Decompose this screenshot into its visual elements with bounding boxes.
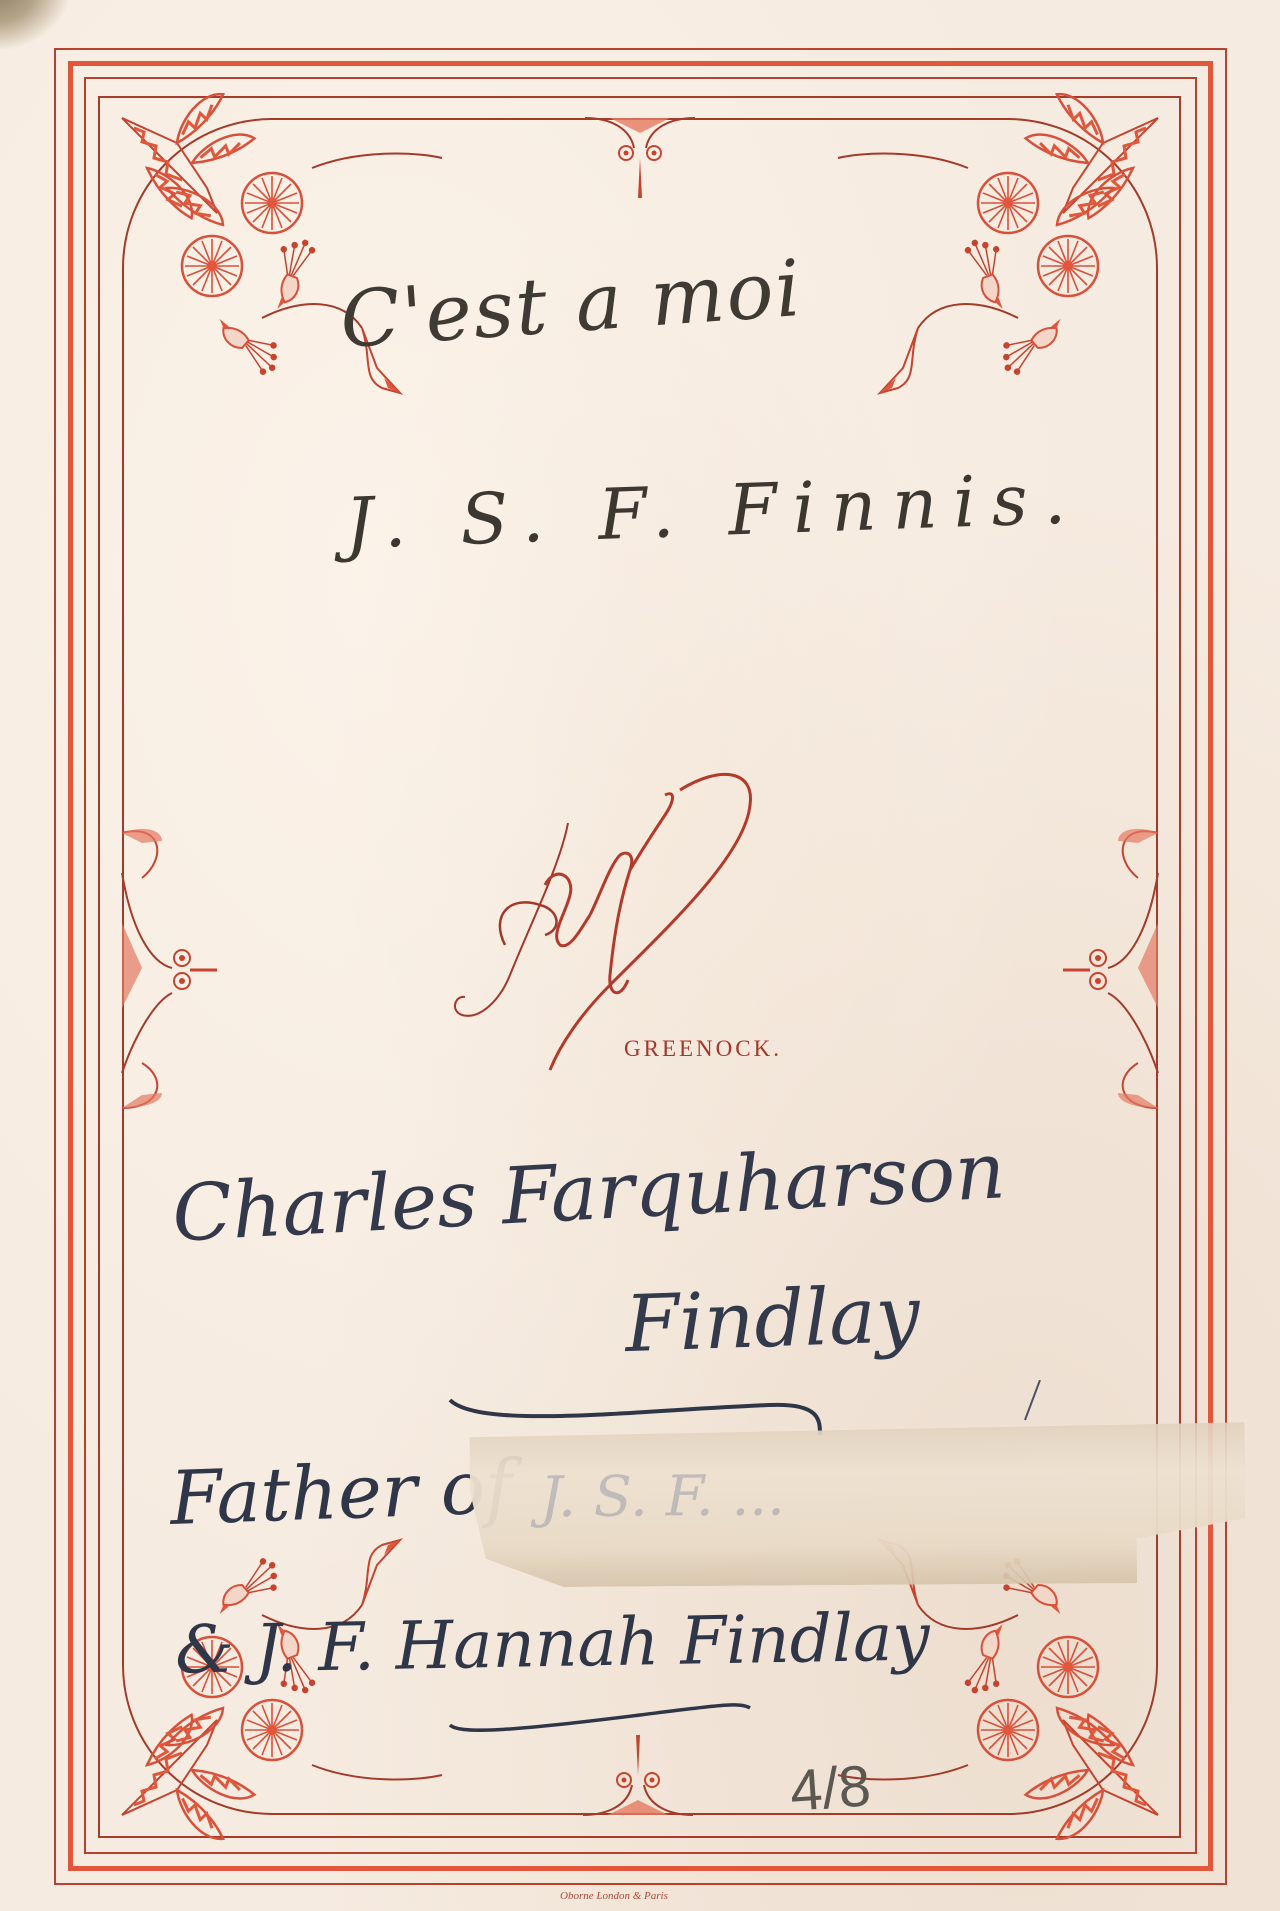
handwritten-name-line2: Findlay	[624, 1270, 922, 1370]
top-finial	[585, 118, 695, 198]
side-scroll-left	[122, 829, 217, 1108]
corner-ornament-bottom-right	[838, 1540, 1158, 1841]
bottom-finial	[583, 1735, 693, 1815]
obscured-text: J. S. F. ...	[540, 1464, 785, 1531]
handwritten-children-line: & J. F. Hannah Findlay	[174, 1598, 930, 1688]
handwritten-father-of: Father of	[169, 1444, 514, 1542]
handwritten-line-cest-a-moi: C'est a moi	[337, 244, 805, 366]
studio-location: GREENOCK.	[624, 1036, 782, 1062]
handwritten-name-line1: Charles Farquharson	[170, 1126, 1007, 1260]
underline-flourish-2	[440, 1690, 860, 1740]
pencil-number: 4/8	[788, 1752, 873, 1824]
side-scroll-right	[1063, 829, 1158, 1108]
corner-ornament-bottom-left	[122, 1540, 442, 1841]
printer-imprint: Oborne London & Paris	[560, 1890, 668, 1902]
handwritten-initials-line: J. S. F. Finnis.	[344, 457, 1083, 565]
paper-tape-strip: J. S. F. ...	[469, 1422, 1245, 1587]
worn-corner	[0, 0, 70, 50]
cabinet-card-back: Fergus GREENOCK. Oborne London & Paris C…	[0, 0, 1280, 1911]
corner-ornament-top-right	[838, 92, 1158, 393]
studio-signature-fergus: Fergus	[450, 745, 790, 1075]
